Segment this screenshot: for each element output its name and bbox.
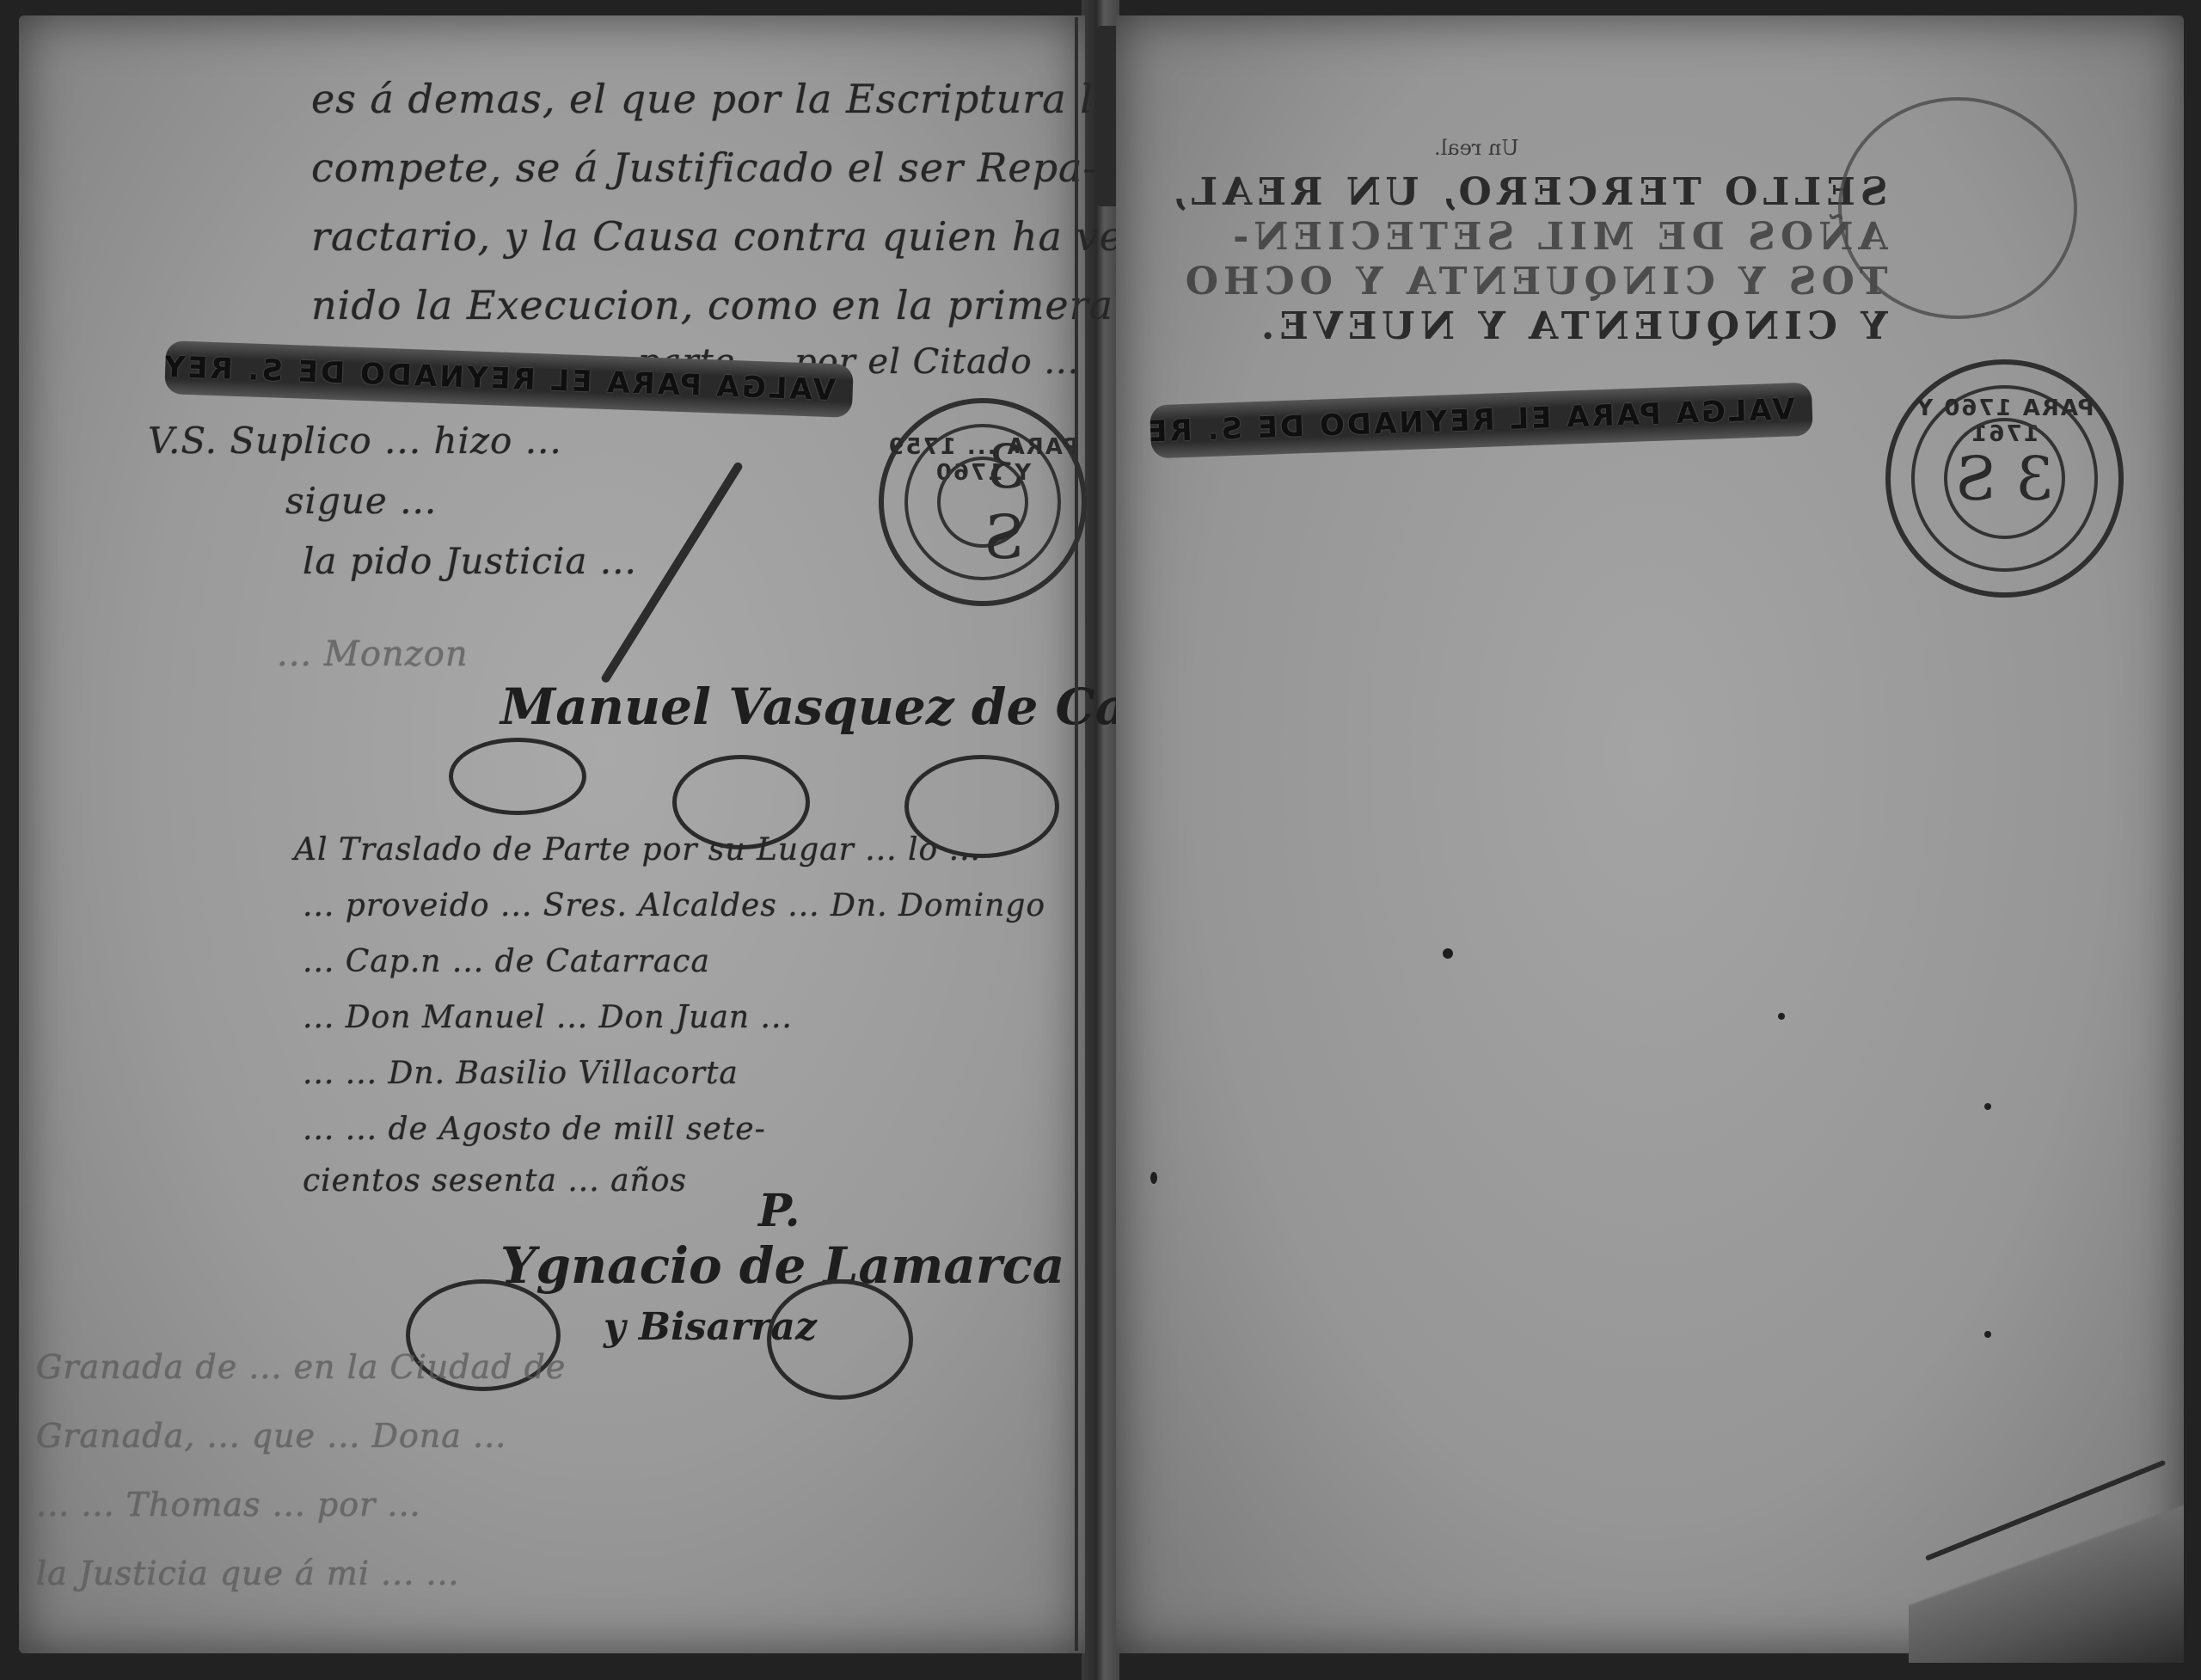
valga-stamp-text: VALGA PARA EL REYNADO DE S. REY D. CARLO…: [1150, 383, 1813, 459]
text-line-1: es á demas, el que por la Escriptura le: [311, 76, 1118, 122]
decree-line-2: ... proveido ... Sres. Alcaldes ... Dn. …: [303, 888, 1045, 923]
printed-line-2: AÑOS DE MIL SETECIEN-: [1168, 215, 1888, 260]
printed-line-4: Y CINQUENTA Y NUEVE.: [1168, 304, 1888, 349]
ink-spot: [1150, 1172, 1157, 1184]
decree-line-6: ... ... de Agosto de mill sete-: [303, 1112, 766, 1147]
ink-spot: [1984, 1103, 1991, 1110]
right-page: Un real. SELLO TERCERO, UN REAL, AÑOS DE…: [1116, 15, 2184, 1653]
valga-stamp-band: VALGA PARA EL REYNADO DE S. REY D. CARLO…: [1150, 383, 1813, 459]
faint-seal-impression: [1838, 97, 2077, 319]
faint-line-4: la Justicia que á mi ... ...: [36, 1554, 460, 1592]
seal-center: 3 S: [1944, 418, 2065, 539]
folded-corner: [1909, 1474, 2184, 1663]
signature-lamarca: Ygnacio de Lamarca: [500, 1236, 1064, 1295]
ink-spot: [1984, 1331, 1991, 1338]
faint-line-3: ... ... Thomas ... por ...: [36, 1486, 421, 1524]
text-line-4: nido la Execucion, como en la primera: [311, 282, 1113, 328]
decree-line-5: ... ... Dn. Basilio Villacorta: [303, 1056, 739, 1091]
round-seal-right: PARA 1760 Y 1761 3 S: [1885, 359, 2124, 598]
ink-spot: [1443, 948, 1453, 959]
decree-line-7: cientos sesenta ... años: [303, 1163, 687, 1199]
text-line-6: V.S. Suplico ... hizo ...: [148, 420, 562, 462]
ink-spot: [1778, 1013, 1785, 1020]
left-page: es á demas, el que por la Escriptura le …: [19, 15, 1085, 1653]
faint-line-2: Granada, ... que ... Dona ...: [36, 1417, 506, 1455]
decree-line-4: ... Don Manuel ... Don Juan ...: [303, 1000, 793, 1035]
sello-tercero-header: SELLO TERCERO, UN REAL, AÑOS DE MIL SETE…: [1168, 170, 1888, 349]
document-scan: es á demas, el que por la Escriptura le …: [0, 0, 2201, 1680]
printed-line-3: TOS Y CINQUENTA Y OCHO: [1168, 260, 1888, 304]
round-seal-left: PARA ... 1759 Y 1760 3 S: [879, 398, 1087, 606]
signature-initial: P.: [758, 1185, 800, 1237]
text-line-2: compete, se á Justificado el ser Repa-: [311, 144, 1097, 191]
text-line-8: la pido Justicia ...: [303, 540, 637, 582]
faint-line-1: Granada de ... en la Ciudad de: [36, 1348, 566, 1386]
decree-line-1: Al Traslado de Parte por su Lugar ... lo…: [294, 832, 981, 868]
rubric-flourish: [449, 738, 586, 815]
decree-line-3: ... Cap.n ... de Catarraca: [303, 944, 710, 979]
text-line-7: sigue ...: [285, 480, 437, 522]
rubric-flourish: [767, 1279, 913, 1400]
seal-center: 3 S: [937, 457, 1028, 548]
margin-note: ... Monzon: [277, 635, 469, 674]
printed-value-note: Un real.: [1434, 136, 1519, 160]
printed-line-1: SELLO TERCERO, UN REAL,: [1168, 170, 1888, 215]
text-line-3: ractario, y la Causa contra quien ha ve-: [311, 213, 1137, 260]
page-edge-line: [1075, 17, 1078, 1651]
